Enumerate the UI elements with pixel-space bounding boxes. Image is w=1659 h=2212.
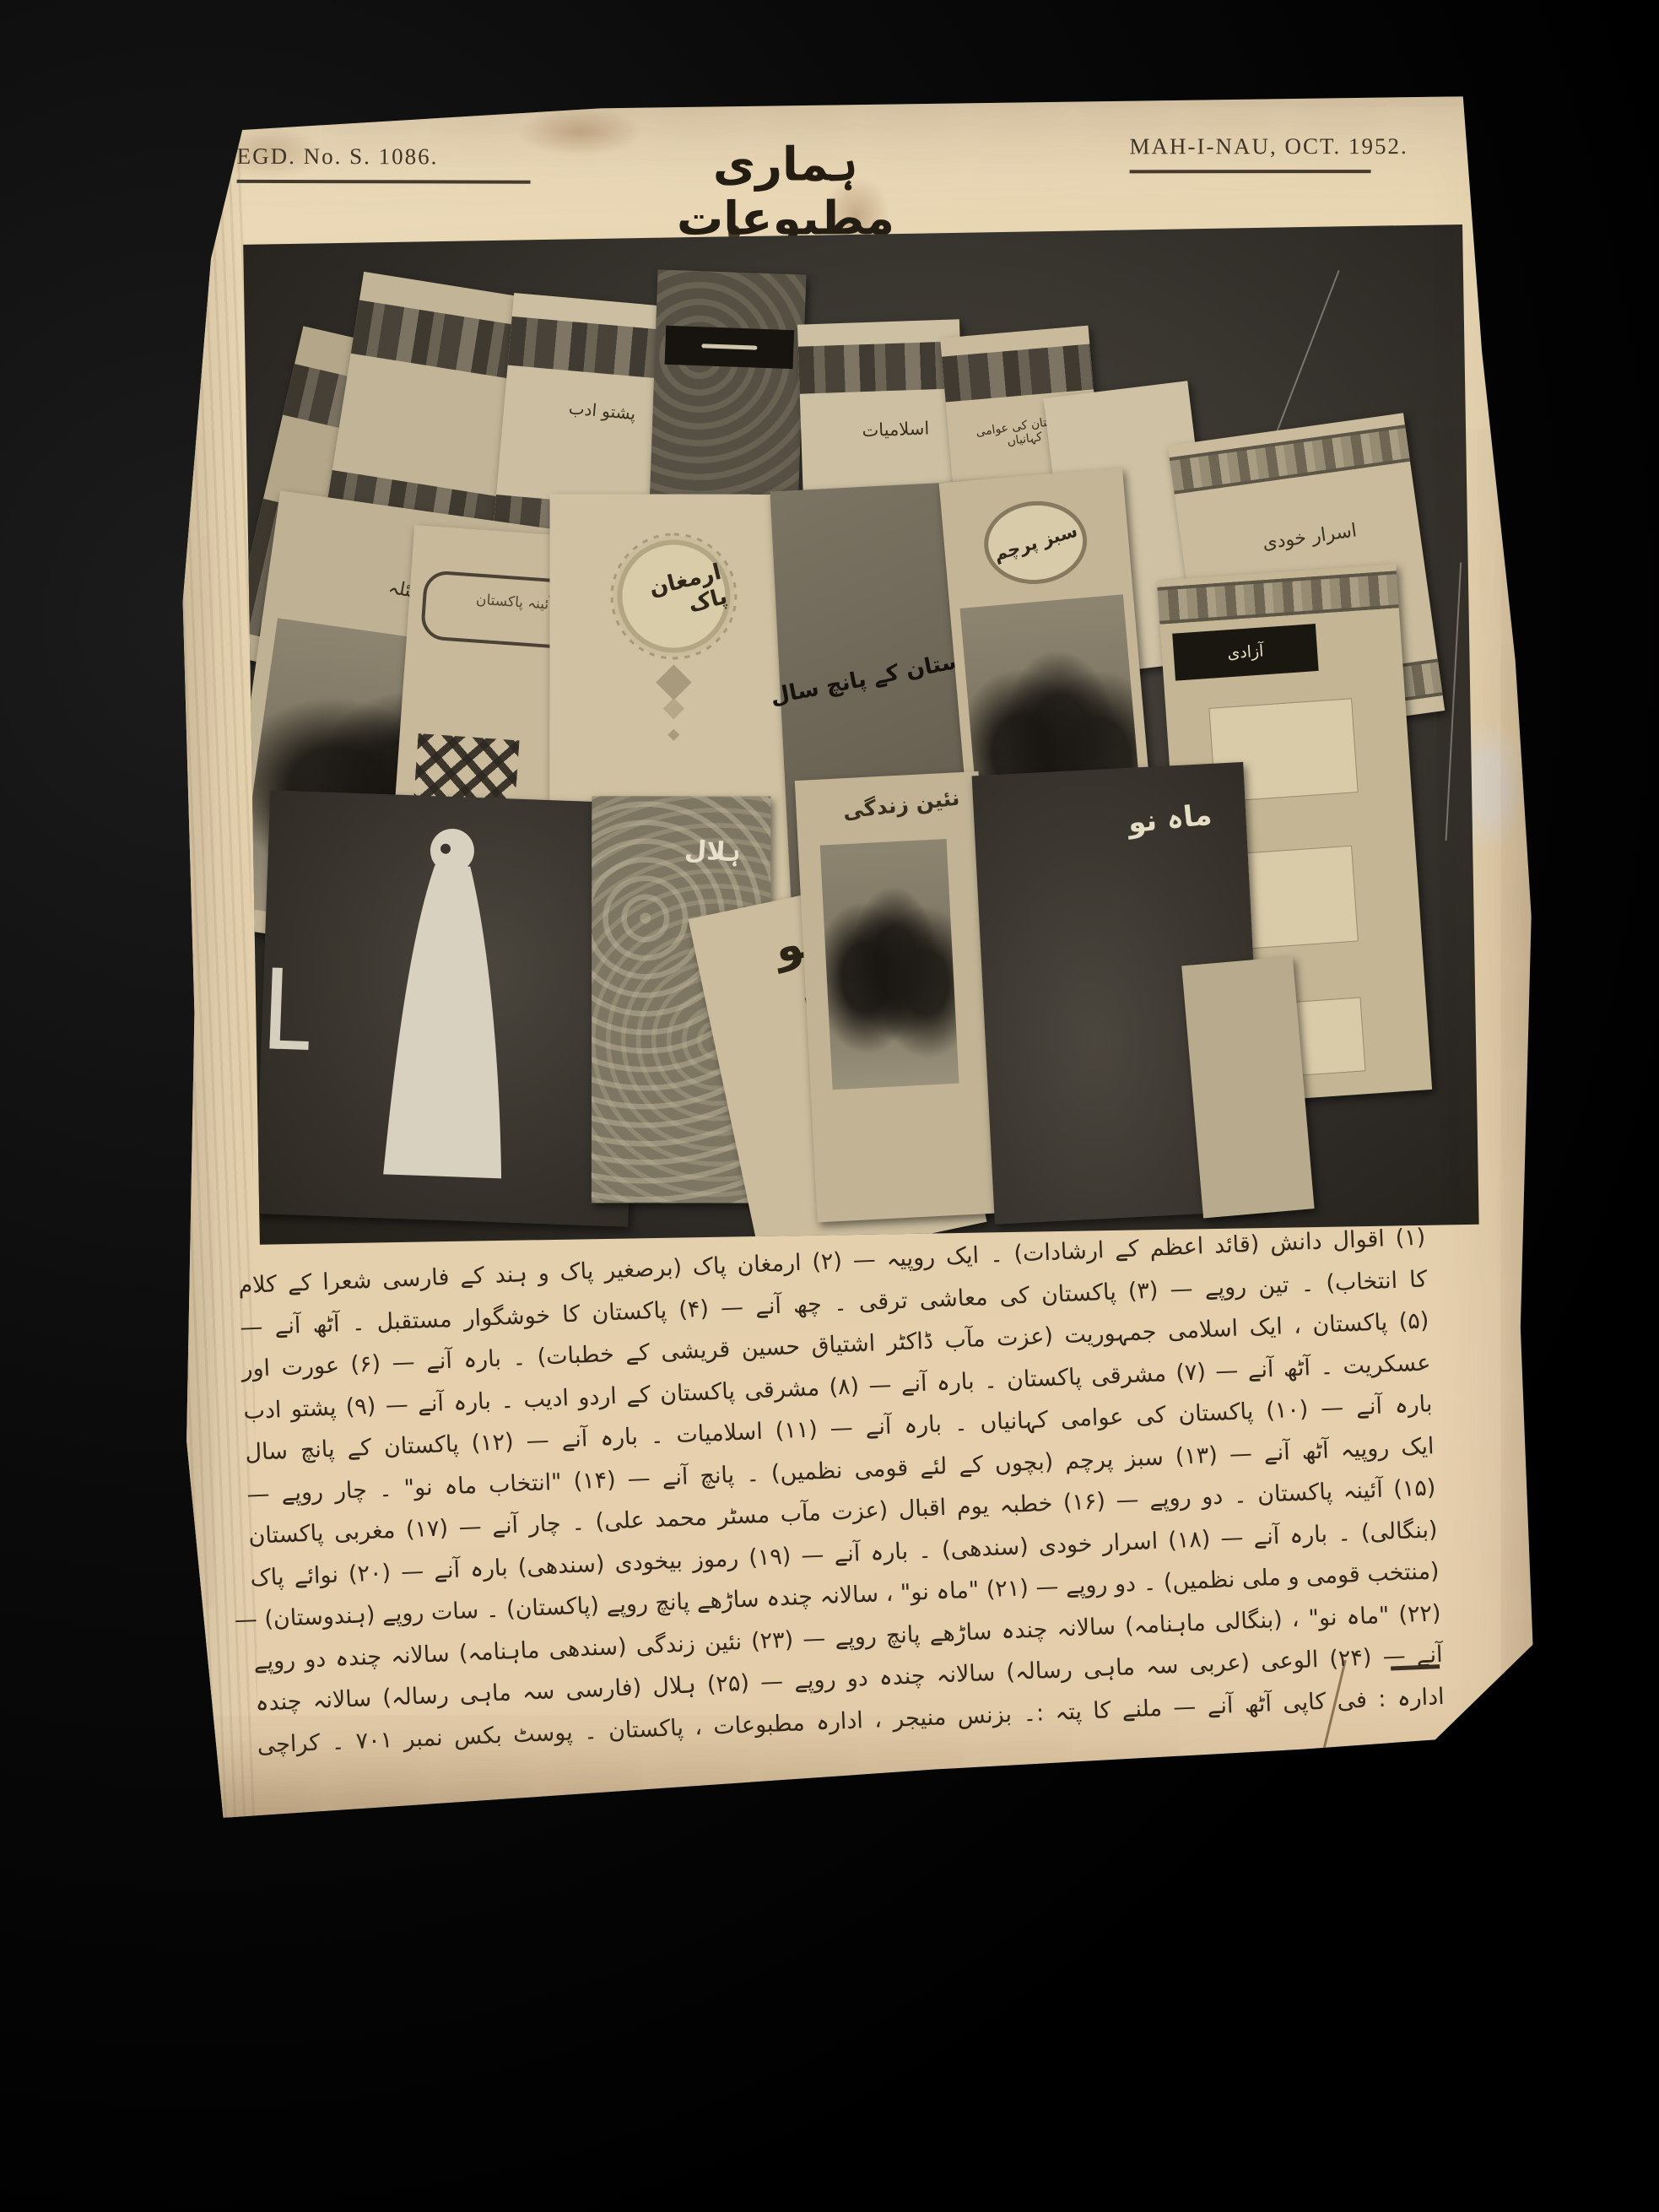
cover-photo-strip: [942, 344, 1094, 403]
cover-title-band: آزادی: [1172, 624, 1318, 681]
woman-in-white-silhouette: [357, 819, 539, 1197]
worn-spine-edge: [137, 105, 258, 1819]
price-list-text: (۱) اقوال دانش (قائد اعظم کے ارشادات) ۔ …: [237, 1216, 1445, 1766]
stain: [1484, 1699, 1548, 1735]
cover-title-band: [665, 326, 795, 369]
scratch-line: [1446, 562, 1462, 841]
ornamental-pendant: [656, 664, 691, 700]
cover-burqa-figure: [255, 790, 643, 1226]
corner-mark: [269, 967, 311, 1050]
publications-collage-photo: مشرقی پاکستان پشتو ادب اسلامیات: [243, 224, 1478, 1245]
registration-number: EGD. No. S. 1086.: [237, 143, 531, 184]
ornamental-band: [1157, 571, 1398, 624]
cover-photo: [820, 839, 959, 1090]
oval-badge: سبز پرچم: [986, 501, 1086, 583]
cover-edge: [1181, 956, 1314, 1218]
cover-nain-zindagi: نئین زندگی: [795, 771, 1002, 1223]
ornamental-band: [1170, 425, 1410, 495]
issue-date-label: MAH-I-NAU, OCT. 1952.: [1130, 133, 1371, 173]
calligraphic-medallion: ارمغان پاک: [622, 544, 725, 647]
cover-photo-strip: [798, 341, 962, 394]
page-title: ہماری مطبوعات: [600, 137, 971, 246]
photo-backdrop: EGD. No. S. 1086. ہماری مطبوعات MAH-I-NA…: [0, 0, 1659, 2212]
magazine-back-cover-page: EGD. No. S. 1086. ہماری مطبوعات MAH-I-NA…: [137, 94, 1555, 1818]
